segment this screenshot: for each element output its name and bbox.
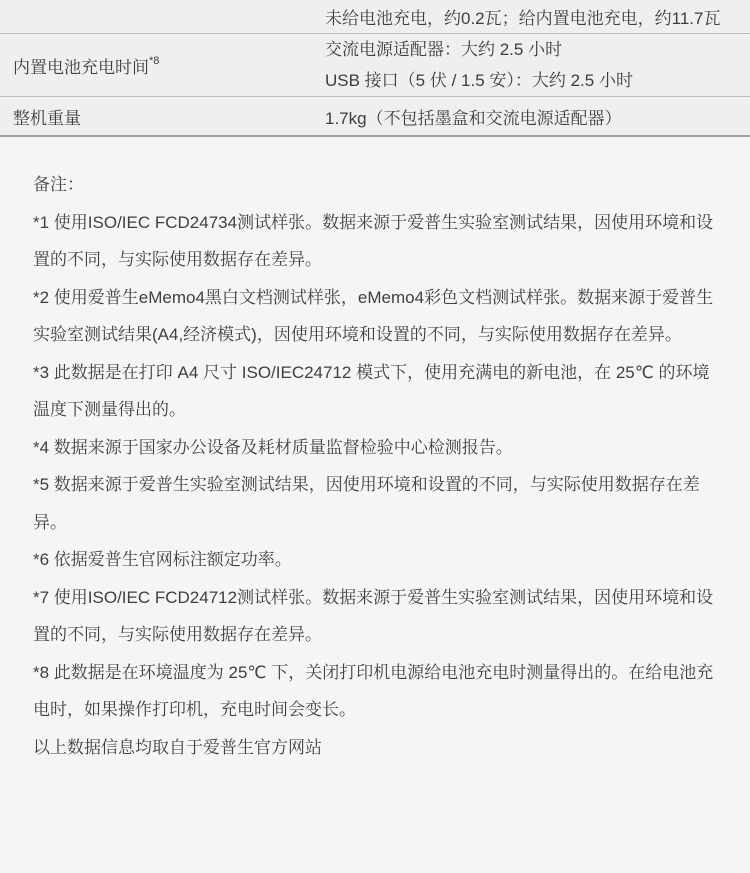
spec-label-text: 整机重量: [13, 104, 81, 129]
spec-value-battery-charge-time: 交流电源适配器：大约 2.5 小时 USB 接口（5 伏 / 1.5 安）：大约…: [325, 34, 750, 96]
notes-footer: 以上数据信息均取自于爱普生官方网站: [33, 729, 715, 767]
spec-label-weight: 整机重量: [0, 97, 325, 135]
footnote-marker-8: *8: [149, 56, 159, 67]
spec-label-text: 内置电池充电时间: [13, 53, 149, 78]
spec-value-line: 1.7kg（不包括墨盒和交流电源适配器）: [325, 104, 744, 129]
note-7: *7 使用ISO/IEC FCD24712测试样张。数据来源于爱普生实验室测试结…: [33, 579, 715, 654]
note-5: *5 数据来源于爱普生实验室测试结果，因使用环境和设置的不同，与实际使用数据存在…: [33, 466, 715, 541]
spec-row-weight: 整机重量 1.7kg（不包括墨盒和交流电源适配器）: [0, 96, 750, 135]
spec-label-battery-charge-time: 内置电池充电时间*8: [0, 34, 325, 96]
spec-row-battery-charge-time: 内置电池充电时间*8 交流电源适配器：大约 2.5 小时 USB 接口（5 伏 …: [0, 33, 750, 96]
spec-label-standby-power: [0, 0, 325, 33]
note-2: *2 使用爱普生eMemo4黑白文档测试样张，eMemo4彩色文档测试样张。数据…: [33, 279, 715, 354]
note-1: *1 使用ISO/IEC FCD24734测试样张。数据来源于爱普生实验室测试结…: [33, 204, 715, 279]
notes-section: 备注： *1 使用ISO/IEC FCD24734测试样张。数据来源于爱普生实验…: [0, 137, 750, 766]
note-4: *4 数据来源于国家办公设备及耗材质量监督检验中心检测报告。: [33, 429, 715, 467]
spec-value-line-usb: USB 接口（5 伏 / 1.5 安）：大约 2.5 小时: [325, 65, 744, 97]
note-6: *6 依据爱普生官网标注额定功率。: [33, 541, 715, 579]
spec-value-weight: 1.7kg（不包括墨盒和交流电源适配器）: [325, 97, 750, 135]
spec-table: 未给电池充电，约0.2瓦；给内置电池充电，约11.7瓦 内置电池充电时间*8 交…: [0, 0, 750, 137]
note-8: *8 此数据是在环境温度为 25℃ 下，关闭打印机电源给电池充电时测量得出的。在…: [33, 654, 715, 729]
notes-title: 备注：: [33, 166, 715, 204]
note-3: *3 此数据是在打印 A4 尺寸 ISO/IEC24712 模式下，使用充满电的…: [33, 354, 715, 429]
spec-value-line-ac-adapter: 交流电源适配器：大约 2.5 小时: [325, 34, 744, 66]
spec-value-line: 未给电池充电，约0.2瓦；给内置电池充电，约11.7瓦: [325, 4, 744, 29]
spec-row-standby-power: 未给电池充电，约0.2瓦；给内置电池充电，约11.7瓦: [0, 0, 750, 33]
spec-value-standby-power: 未给电池充电，约0.2瓦；给内置电池充电，约11.7瓦: [325, 0, 750, 33]
